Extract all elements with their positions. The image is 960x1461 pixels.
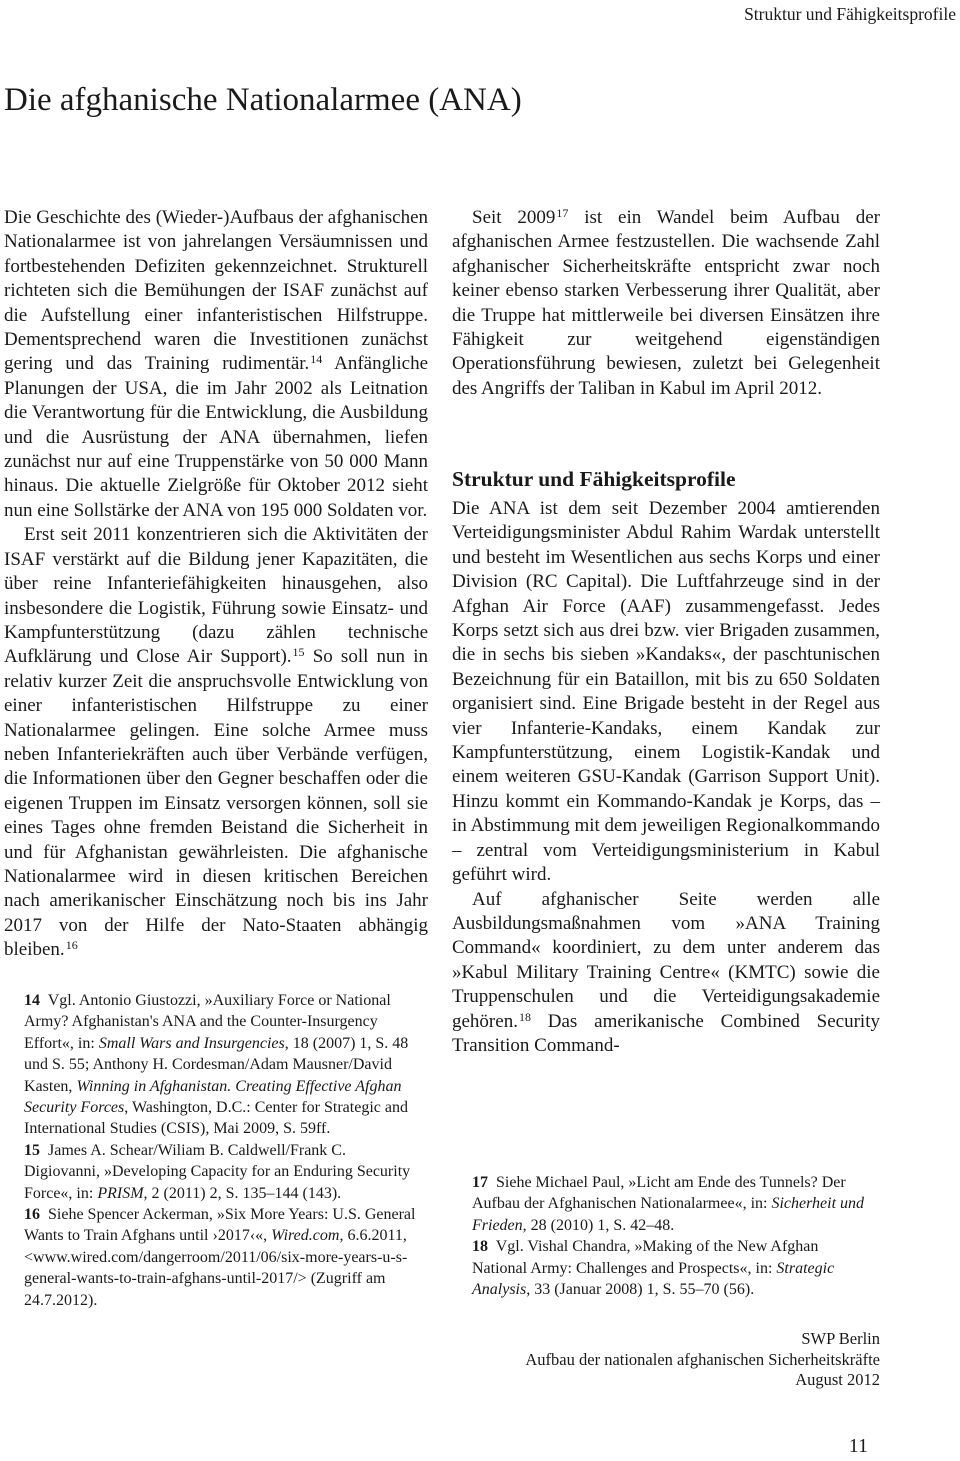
running-header: Struktur und Fähigkeitsprofile [744,3,956,25]
footnote-marker: 15 [293,645,305,659]
footer-line: Aufbau der nationalen afghanischen Siche… [525,1350,880,1371]
footnote: 15 James A. Schear/Wiliam B. Caldwell/Fr… [24,1140,420,1204]
footer-line: August 2012 [525,1370,880,1391]
paragraph: Erst seit 2011 konzentrieren sich die Ak… [4,523,428,962]
paragraph: Auf afghanischer Seite werden alle Ausbi… [452,888,880,1059]
right-column-section: Die ANA ist dem seit Dezember 2004 amtie… [452,497,880,1058]
left-column: Die Geschichte des (Wieder-)Aufbaus der … [4,206,428,963]
footnote: 18 Vgl. Vishal Chandra, »Making of the N… [472,1236,872,1300]
footer-line: SWP Berlin [525,1329,880,1350]
footnotes-left: 14 Vgl. Antonio Giustozzi, »Auxiliary Fo… [24,990,420,1311]
paragraph: Die Geschichte des (Wieder-)Aufbaus der … [4,206,428,523]
footnote-number: 16 [24,1206,40,1223]
document-page: Struktur und Fähigkeitsprofile Die afgha… [0,0,960,1461]
footnote: 16 Siehe Spencer Ackerman, »Six More Yea… [24,1204,420,1311]
footnote-number: 18 [472,1238,488,1255]
footnote-marker: 16 [66,938,78,952]
paragraph: Seit 200917 ist ein Wandel beim Aufbau d… [452,206,880,401]
footnote-number: 14 [24,992,40,1009]
page-title: Die afghanische Nationalarmee (ANA) [4,80,522,120]
footnote: 17 Siehe Michael Paul, »Licht am Ende de… [472,1172,872,1236]
right-column-intro: Seit 200917 ist ein Wandel beim Aufbau d… [452,206,880,401]
paragraph: Die ANA ist dem seit Dezember 2004 amtie… [452,497,880,888]
footer-imprint: SWP BerlinAufbau der nationalen afghanis… [525,1329,880,1391]
footnote: 14 Vgl. Antonio Giustozzi, »Auxiliary Fo… [24,990,420,1140]
footnote-number: 17 [472,1174,488,1191]
section-heading: Struktur und Fähigkeitsprofile [452,466,736,492]
footnote-marker: 14 [310,352,322,366]
footnotes-right: 17 Siehe Michael Paul, »Licht am Ende de… [472,1172,872,1300]
footnote-marker: 18 [519,1010,531,1024]
page-number: 11 [849,1434,868,1458]
footnote-marker: 17 [556,206,568,220]
footnote-number: 15 [24,1142,40,1159]
